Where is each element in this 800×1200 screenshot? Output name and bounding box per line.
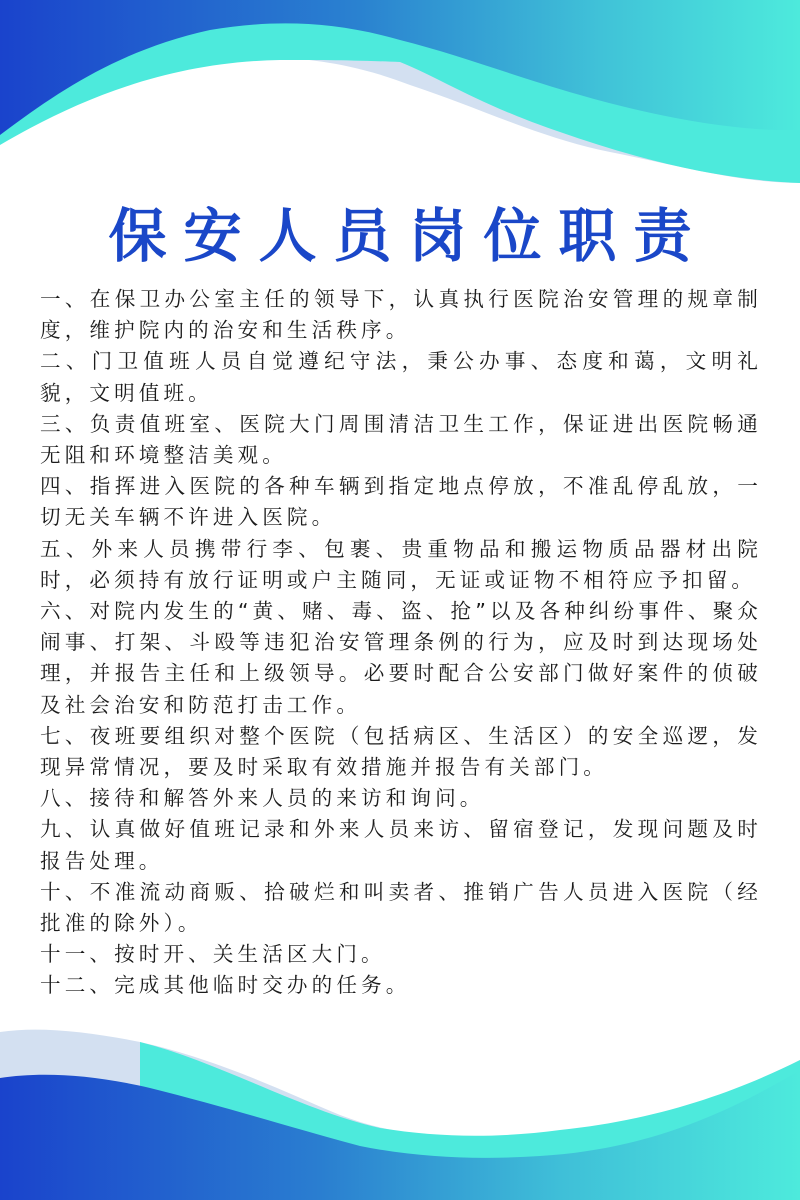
duty-item-2: 二、门卫值班人员自觉遵纪守法，秉公办事、态度和蔼，文明礼貌，文明值班。: [40, 346, 762, 408]
duty-item-7: 七、夜班要组织对整个医院（包括病区、生活区）的安全巡逻，发现异常情况，要及时采取…: [40, 721, 762, 783]
duties-list: 一、在保卫办公室主任的领导下，认真执行医院治安管理的规章制度，维护院内的治安和生…: [40, 284, 762, 1002]
duty-item-11: 十一、按时开、关生活区大门。: [40, 939, 762, 970]
duty-item-1: 一、在保卫办公室主任的领导下，认真执行医院治安管理的规章制度，维护院内的治安和生…: [40, 284, 762, 346]
duty-item-4: 四、指挥进入医院的各种车辆到指定地点停放，不准乱停乱放，一切无关车辆不许进入医院…: [40, 471, 762, 533]
duty-item-6: 六、对院内发生的“黄、赌、毒、盗、抢”以及各种纠纷事件、聚众闹事、打架、斗殴等违…: [40, 596, 762, 721]
duty-item-5: 五、外来人员携带行李、包裹、贵重物品和搬运物质品器材出院时，必须持有放行证明或户…: [40, 534, 762, 596]
duty-item-10: 十、不准流动商贩、拾破烂和叫卖者、推销广告人员进入医院（经批准的除外）。: [40, 877, 762, 939]
duty-item-9: 九、认真做好值班记录和外来人员来访、留宿登记，发现问题及时报告处理。: [40, 814, 762, 876]
duty-item-3: 三、负责值班室、医院大门周围清洁卫生工作，保证进出医院畅通无阻和环境整洁美观。: [40, 409, 762, 471]
top-wave-decoration: [0, 0, 800, 200]
duty-item-12: 十二、完成其他临时交办的任务。: [40, 970, 762, 1001]
bottom-wave-decoration: [0, 1000, 800, 1200]
page-title: 保安人员岗位职责: [0, 198, 800, 274]
duty-item-8: 八、接待和解答外来人员的来访和询问。: [40, 783, 762, 814]
